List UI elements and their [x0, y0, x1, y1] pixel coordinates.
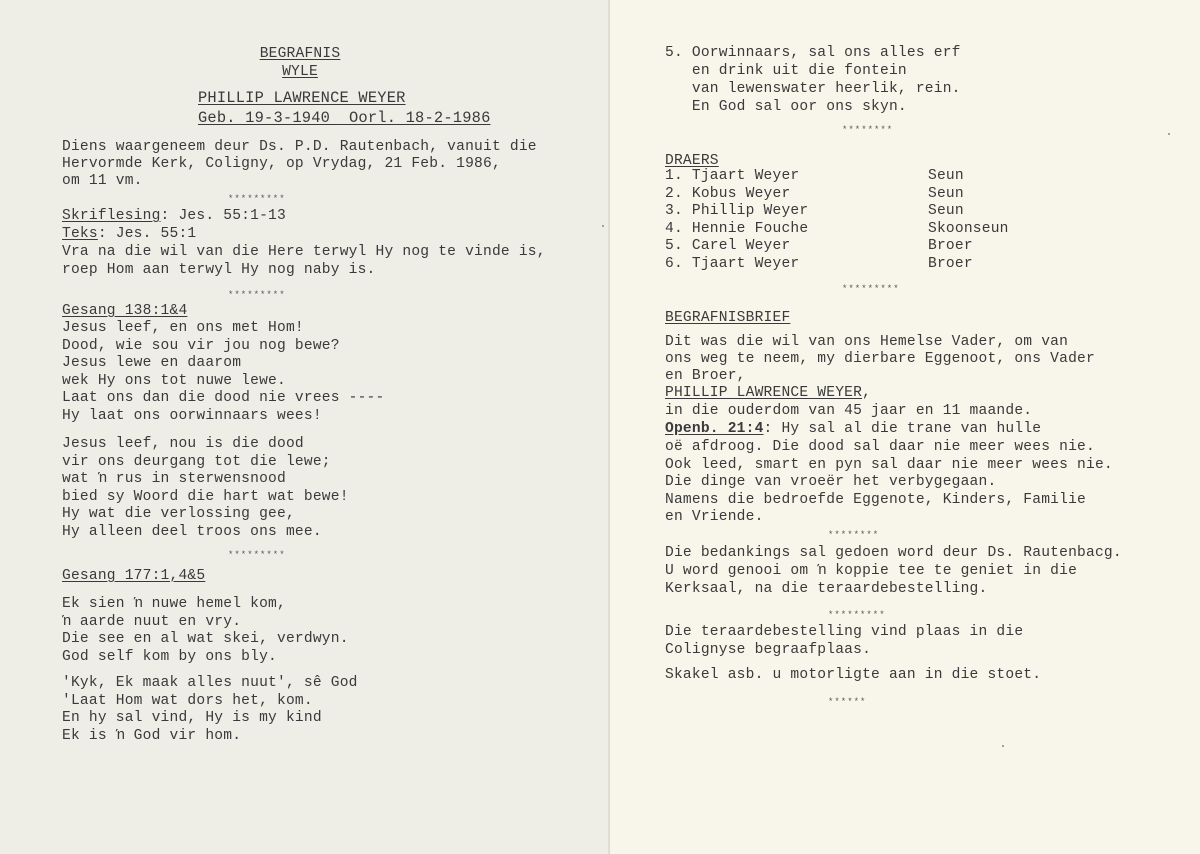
- speck: [1002, 745, 1004, 747]
- text-line: ŉ aarde nuut en vry.: [62, 614, 241, 632]
- hymn1-title: Gesang 138:1&4: [62, 303, 187, 321]
- bearer-relation: Skoonseun: [928, 221, 1009, 239]
- speck: [1168, 133, 1170, 135]
- letter-name-suffix: ,: [862, 385, 871, 401]
- separator: *********: [228, 290, 286, 300]
- letter-line: en Broer,: [665, 368, 746, 386]
- bearer-relation: Broer: [928, 256, 973, 274]
- bearer-relation: Seun: [928, 186, 964, 204]
- service-line: om 11 vm.: [62, 173, 143, 191]
- text-line: 'Laat Hom wat dors het, kom.: [62, 693, 313, 711]
- subtitle: WYLE: [0, 64, 600, 82]
- text-ref: : Jes. 55:1: [98, 226, 197, 242]
- left-page: BEGRAFNIS WYLE PHILLIP LAWRENCE WEYER Ge…: [0, 0, 610, 854]
- bearer-name: 1. Tjaart Weyer: [665, 168, 799, 186]
- separator: ********: [828, 530, 879, 540]
- text-line: Ook leed, smart en pyn sal daar nie meer…: [665, 457, 1113, 475]
- bearer-name: 2. Kobus Weyer: [665, 186, 790, 204]
- speck: [602, 225, 604, 227]
- text-line: Die bedankings sal gedoen word deur Ds. …: [665, 545, 1122, 563]
- verse-label: Openb. 21:4: [665, 421, 764, 437]
- text-line: en Vriende.: [665, 509, 764, 527]
- text-line: wek Hy ons tot nuwe lewe.: [62, 373, 286, 391]
- separator: *********: [228, 550, 286, 560]
- text-line: Jesus leef, en ons met Hom!: [62, 320, 304, 338]
- hymn2-title: Gesang 177:1,4&5: [62, 568, 205, 586]
- text-line: God self kom by ons bly.: [62, 649, 277, 667]
- letter-title: BEGRAFNISBRIEF: [665, 310, 790, 328]
- letter-line: Dit was die wil van ons Hemelse Vader, o…: [665, 334, 1068, 352]
- text-line: oë afdroog. Die dood sal daar nie meer w…: [665, 439, 1095, 457]
- sermon-text: Teks: Jes. 55:1: [62, 226, 196, 244]
- title: BEGRAFNIS: [0, 46, 600, 64]
- text-line: en drink uit die fontein: [665, 63, 907, 81]
- text-line: vir ons deurgang tot die lewe;: [62, 454, 331, 472]
- text-line: Namens die bedroefde Eggenote, Kinders, …: [665, 492, 1086, 510]
- text-line: Hy wat die verlossing gee,: [62, 506, 295, 524]
- bearer-name: 4. Hennie Fouche: [665, 221, 808, 239]
- deceased-name: PHILLIP LAWRENCE WEYER: [198, 90, 406, 108]
- letter-name: PHILLIP LAWRENCE WEYER: [665, 385, 862, 401]
- right-page: 5. Oorwinnaars, sal ons alles erf en dri…: [610, 0, 1200, 854]
- separator: ********: [842, 125, 893, 135]
- bearer-relation: Seun: [928, 203, 964, 221]
- bearer-relation: Seun: [928, 168, 964, 186]
- scripture-reading: Skriflesing: Jes. 55:1-13: [62, 208, 286, 226]
- age-line: in die ouderdom van 45 jaar en 11 maande…: [665, 403, 1032, 421]
- text-line: 5. Oorwinnaars, sal ons alles erf: [665, 45, 961, 63]
- text-line: Die dinge van vroeër het verbygegaan.: [665, 474, 996, 492]
- text-line: Hy laat ons oorwinnaars wees!: [62, 408, 322, 426]
- service-line: Hervormde Kerk, Coligny, op Vrydag, 21 F…: [62, 156, 501, 174]
- reading-ref: : Jes. 55:1-13: [161, 208, 286, 224]
- text-line: Jesus leef, nou is die dood: [62, 436, 304, 454]
- text-line: Ek is ŉ God vir hom.: [62, 728, 241, 746]
- text-line: Ek sien ŉ nuwe hemel kom,: [62, 596, 286, 614]
- text-line: van lewenswater heerlik, rein.: [665, 81, 961, 99]
- lights-line: Skakel asb. u motorligte aan in die stoe…: [665, 667, 1041, 685]
- text-line: bied sy Woord die hart wat bewe!: [62, 489, 349, 507]
- text-line: roep Hom aan terwyl Hy nog naby is.: [62, 262, 376, 280]
- text-line: Colignyse begraafplaas.: [665, 642, 871, 660]
- separator: *********: [842, 284, 900, 294]
- text-line: 'Kyk, Ek maak alles nuut', sê God: [62, 675, 358, 693]
- text-line: Laat ons dan die dood nie vrees ----: [62, 390, 384, 408]
- text-line: Vra na die wil van die Here terwyl Hy no…: [62, 244, 546, 262]
- reading-label: Skriflesing: [62, 208, 161, 224]
- text-line: Die teraardebestelling vind plaas in die: [665, 624, 1023, 642]
- text-line: Kerksaal, na die teraardebestelling.: [665, 581, 987, 599]
- letter-name-line: PHILLIP LAWRENCE WEYER,: [665, 385, 871, 403]
- text-label: Teks: [62, 226, 98, 242]
- verse-first: : Hy sal al die trane van hulle: [764, 421, 1042, 437]
- verse-first-line: Openb. 21:4: Hy sal al die trane van hul…: [665, 421, 1041, 439]
- text-line: Hy alleen deel troos ons mee.: [62, 524, 322, 542]
- separator: *********: [228, 194, 286, 204]
- service-line: Diens waargeneem deur Ds. P.D. Rautenbac…: [62, 139, 537, 157]
- separator: *********: [828, 610, 886, 620]
- bearer-relation: Broer: [928, 238, 973, 256]
- bearer-name: 6. Tjaart Weyer: [665, 256, 799, 274]
- text-line: Die see en al wat skei, verdwyn.: [62, 631, 349, 649]
- text-line: En hy sal vind, Hy is my kind: [62, 710, 322, 728]
- bearer-name: 5. Carel Weyer: [665, 238, 790, 256]
- letter-line: ons weg te neem, my dierbare Eggenoot, o…: [665, 351, 1095, 369]
- separator: ******: [828, 697, 866, 707]
- dates: Geb. 19-3-1940 Oorl. 18-2-1986: [198, 110, 491, 128]
- text-line: U word genooi om ŉ koppie tee te geniet …: [665, 563, 1077, 581]
- text-line: wat ŉ rus in sterwensnood: [62, 471, 286, 489]
- text-line: En God sal oor ons skyn.: [665, 99, 907, 117]
- text-line: Jesus lewe en daarom: [62, 355, 241, 373]
- text-line: Dood, wie sou vir jou nog bewe?: [62, 338, 340, 356]
- bearer-name: 3. Phillip Weyer: [665, 203, 808, 221]
